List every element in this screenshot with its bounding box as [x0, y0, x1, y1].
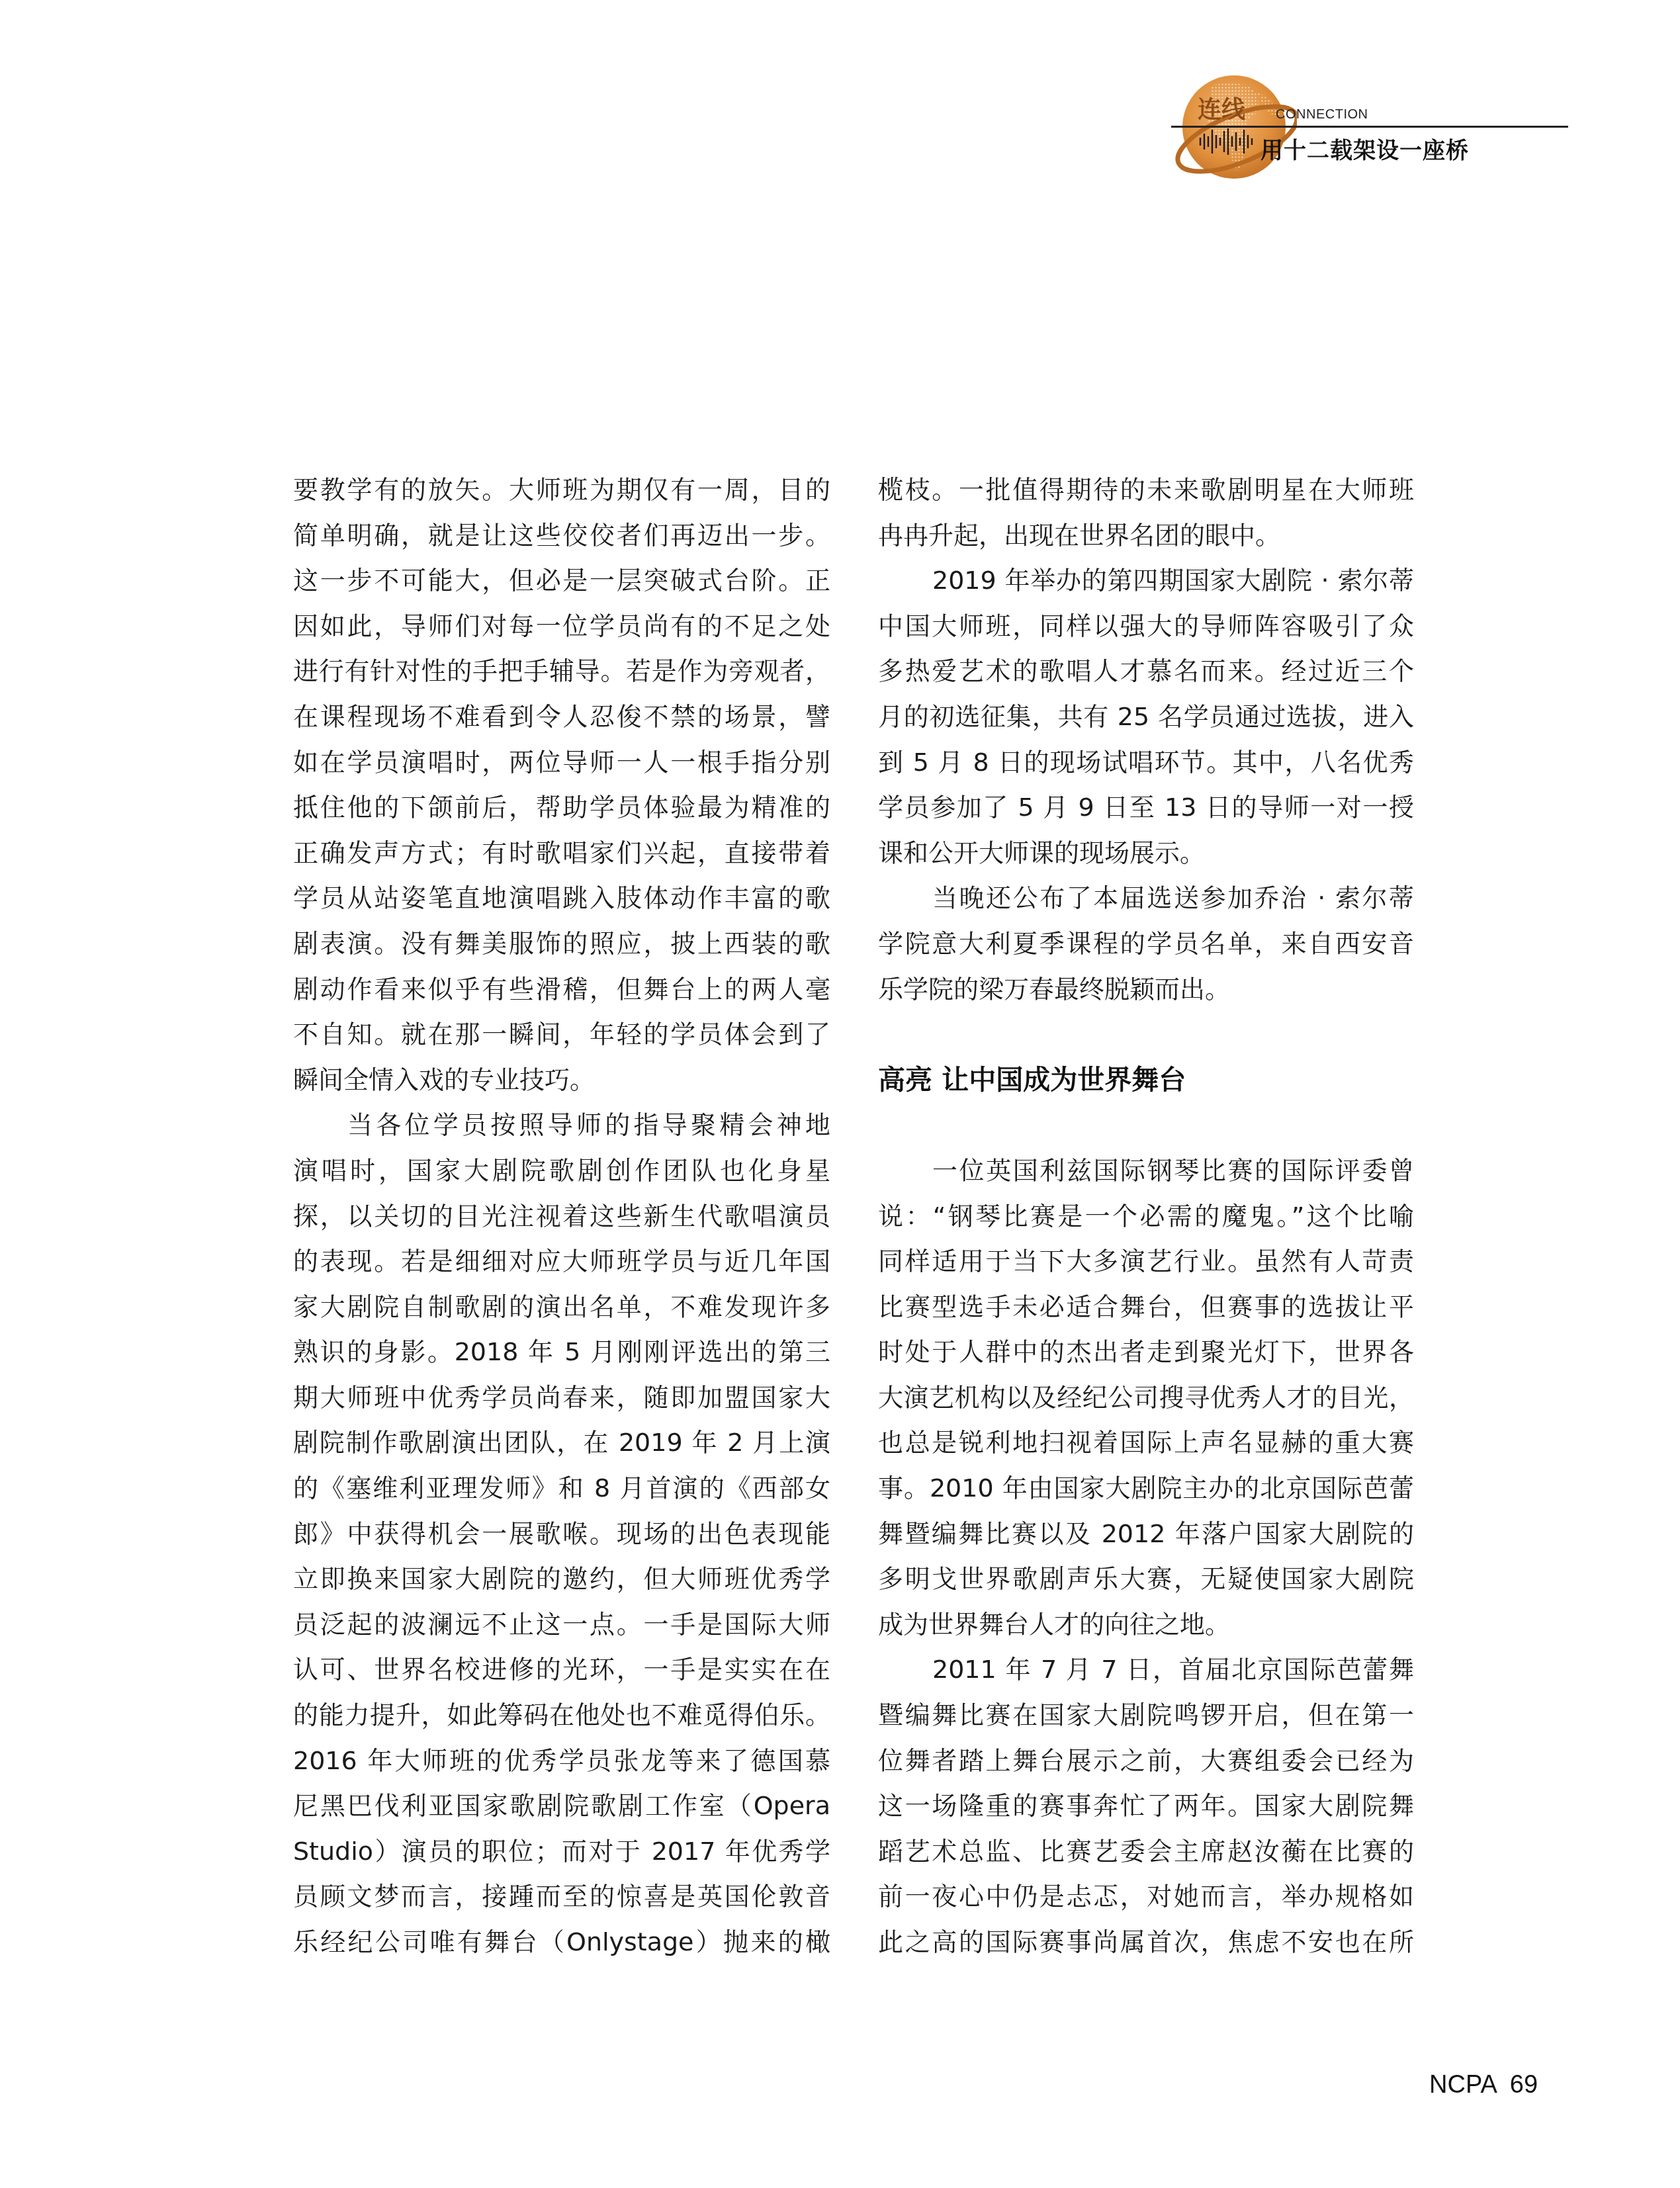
text-line: 暨编舞比赛在国家大剧院鸣锣开启，但在第一 — [878, 1698, 1414, 1744]
text-line: 正确发声方式；有时歌唱家们兴起，直接带着 — [293, 836, 830, 882]
text-line: 如在学员演唱时，两位导师一人一根手指分别 — [293, 746, 830, 791]
text-line: 抵住他的下颌前后，帮助学员体验最为精准的 — [293, 791, 830, 836]
text-line: 大演艺机构以及经纪公司搜寻优秀人才的目光， — [878, 1381, 1414, 1426]
text-line: 的能力提升，如此筹码在他处也不难觅得伯乐。 — [293, 1698, 830, 1744]
text-line: 事。2010 年由国家大剧院主办的北京国际芭蕾 — [878, 1471, 1414, 1517]
text-line: 时处于人群中的杰出者走到聚光灯下，世界各 — [878, 1335, 1414, 1381]
text-line: 冉冉升起，出现在世界名团的眼中。 — [878, 519, 1414, 564]
spacer — [878, 1108, 1414, 1154]
text-line: 的《塞维利亚理发师》和 8 月首演的《西部女 — [293, 1471, 830, 1517]
text-line: 成为世界舞台人才的向往之地。 — [878, 1608, 1414, 1653]
text-line: 的表现。若是细细对应大师班学员与近几年国 — [293, 1245, 830, 1290]
text-line: 2016 年大师班的优秀学员张龙等来了德国慕 — [293, 1744, 830, 1790]
text-line: 员泛起的波澜远不止这一点。一手是国际大师 — [293, 1608, 830, 1653]
text-line: 榄枝。一批值得期待的未来歌剧明星在大师班 — [878, 473, 1414, 519]
spacer — [878, 1018, 1414, 1063]
text-line: 瞬间全情入戏的专业技巧。 — [293, 1063, 830, 1109]
text-line: 期大师班中优秀学员尚春来，随即加盟国家大 — [293, 1381, 830, 1426]
text-line: 中国大师班，同样以强大的导师阵容吸引了众 — [878, 609, 1414, 655]
text-line: 在课程现场不难看到令人忍俊不禁的场景，譬 — [293, 700, 830, 746]
text-line: 说：“钢琴比赛是一个必需的魔鬼。”这个比喻 — [878, 1200, 1414, 1245]
text-line: 尼黑巴伐利亚国家歌剧院歌剧工作室（Opera — [293, 1789, 830, 1835]
text-line: 也总是锐利地扫视着国际上声名显赫的重大赛 — [878, 1426, 1414, 1471]
text-line: 熟识的身影。2018 年 5 月刚刚评选出的第三 — [293, 1335, 830, 1381]
text-line: 因如此，导师们对每一位学员尚有的不足之处 — [293, 609, 830, 655]
text-line: 学员参加了 5 月 9 日至 13 日的导师一对一授 — [878, 791, 1414, 836]
text-line: 乐学院的梁万春最终脱颖而出。 — [878, 973, 1414, 1018]
paragraph-start-line: 一位英国利兹国际钢琴比赛的国际评委曾 — [878, 1154, 1414, 1200]
text-line: 课和公开大师课的现场展示。 — [878, 836, 1414, 882]
text-line: 进行有针对性的手把手辅导。若是作为旁观者， — [293, 654, 830, 700]
text-line: 探，以关切的目光注视着这些新生代歌唱演员 — [293, 1200, 830, 1245]
paragraph-start-line: 2019 年举办的第四期国家大剧院 · 索尔蒂 — [878, 564, 1414, 609]
text-line: 剧院制作歌剧演出团队，在 2019 年 2 月上演 — [293, 1426, 830, 1471]
section-heading: 高亮 让中国成为世界舞台 — [878, 1063, 1414, 1109]
section-label-en: CONNECTION — [1276, 107, 1368, 122]
text-line: 同样适用于当下大多演艺行业。虽然有人苛责 — [878, 1245, 1414, 1290]
text-line: 剧表演。没有舞美服饰的照应，披上西装的歌 — [293, 927, 830, 973]
text-line: 要教学有的放矢。大师班为期仅有一周，目的 — [293, 473, 830, 519]
article-column-left: 要教学有的放矢。大师班为期仅有一周，目的简单明确，就是让这些佼佼者们再迈出一步。… — [293, 473, 830, 1971]
text-line: 此之高的国际赛事尚属首次，焦虑不安也在所 — [878, 1925, 1414, 1971]
text-line: 位舞者踏上舞台展示之前，大赛组委会已经为 — [878, 1744, 1414, 1790]
connection-globe-logo-icon: 连线 — [1171, 73, 1297, 185]
text-line: 演唱时，国家大剧院歌剧创作团队也化身星 — [293, 1154, 830, 1200]
paragraph-start-line: 当晚还公布了本届选送参加乔治 · 索尔蒂 — [878, 881, 1414, 927]
text-line: 这一步不可能大，但必是一层突破式台阶。正 — [293, 564, 830, 609]
paragraph-start-line: 当各位学员按照导师的指导聚精会神地 — [293, 1108, 830, 1154]
header-rule — [1171, 126, 1568, 128]
text-line: 到 5 月 8 日的现场试唱环节。其中，八名优秀 — [878, 746, 1414, 791]
text-line: 前一夜心中仍是忐忑，对她而言，举办规格如 — [878, 1880, 1414, 1925]
publication-name: NCPA — [1429, 2071, 1496, 2099]
text-line: 比赛型选手未必适合舞台，但赛事的选拔让平 — [878, 1290, 1414, 1336]
text-line: 员顾文梦而言，接踵而至的惊喜是英国伦敦音 — [293, 1880, 830, 1925]
text-line: Studio）演员的职位；而对于 2017 年优秀学 — [293, 1835, 830, 1880]
text-line: 认可、世界名校进修的光环，一手是实实在在 — [293, 1653, 830, 1698]
text-line: 月的初选征集，共有 25 名学员通过选拔，进入 — [878, 700, 1414, 746]
page-number: 69 — [1510, 2071, 1538, 2099]
section-header: 连线 CONNECTION 用十二载架设一座桥 — [1165, 66, 1588, 192]
text-line: 剧动作看来似乎有些滑稽，但舞台上的两人毫 — [293, 973, 830, 1018]
text-line: 不自知。就在那一瞬间，年轻的学员体会到了 — [293, 1018, 830, 1063]
section-title: 用十二载架设一座桥 — [1260, 132, 1469, 165]
paragraph-start-line: 2011 年 7 月 7 日，首届北京国际芭蕾舞 — [878, 1653, 1414, 1698]
text-line: 郎》中获得机会一展歌喉。现场的出色表现能 — [293, 1517, 830, 1563]
text-line: 家大剧院自制歌剧的演出名单，不难发现许多 — [293, 1290, 830, 1336]
text-line: 学院意大利夏季课程的学员名单，来自西安音 — [878, 927, 1414, 973]
text-line: 乐经纪公司唯有舞台（Onlystage）抛来的橄 — [293, 1925, 830, 1971]
article-column-right: 榄枝。一批值得期待的未来歌剧明星在大师班冉冉升起，出现在世界名团的眼中。2019… — [878, 473, 1414, 1971]
text-line: 多明戈世界歌剧声乐大赛，无疑使国家大剧院 — [878, 1562, 1414, 1608]
text-line: 蹈艺术总监、比赛艺委会主席赵汝蘅在比赛的 — [878, 1835, 1414, 1880]
text-line: 这一场隆重的赛事奔忙了两年。国家大剧院舞 — [878, 1789, 1414, 1835]
page-footer: NCPA 69 — [1429, 2071, 1538, 2099]
svg-text:连线: 连线 — [1198, 97, 1246, 124]
text-line: 立即换来国家大剧院的邀约，但大师班优秀学 — [293, 1562, 830, 1608]
text-line: 多热爱艺术的歌唱人才慕名而来。经过近三个 — [878, 654, 1414, 700]
text-line: 简单明确，就是让这些佼佼者们再迈出一步。 — [293, 519, 830, 564]
text-line: 舞暨编舞比赛以及 2012 年落户国家大剧院的 — [878, 1517, 1414, 1563]
text-line: 学员从站姿笔直地演唱跳入肢体动作丰富的歌 — [293, 881, 830, 927]
